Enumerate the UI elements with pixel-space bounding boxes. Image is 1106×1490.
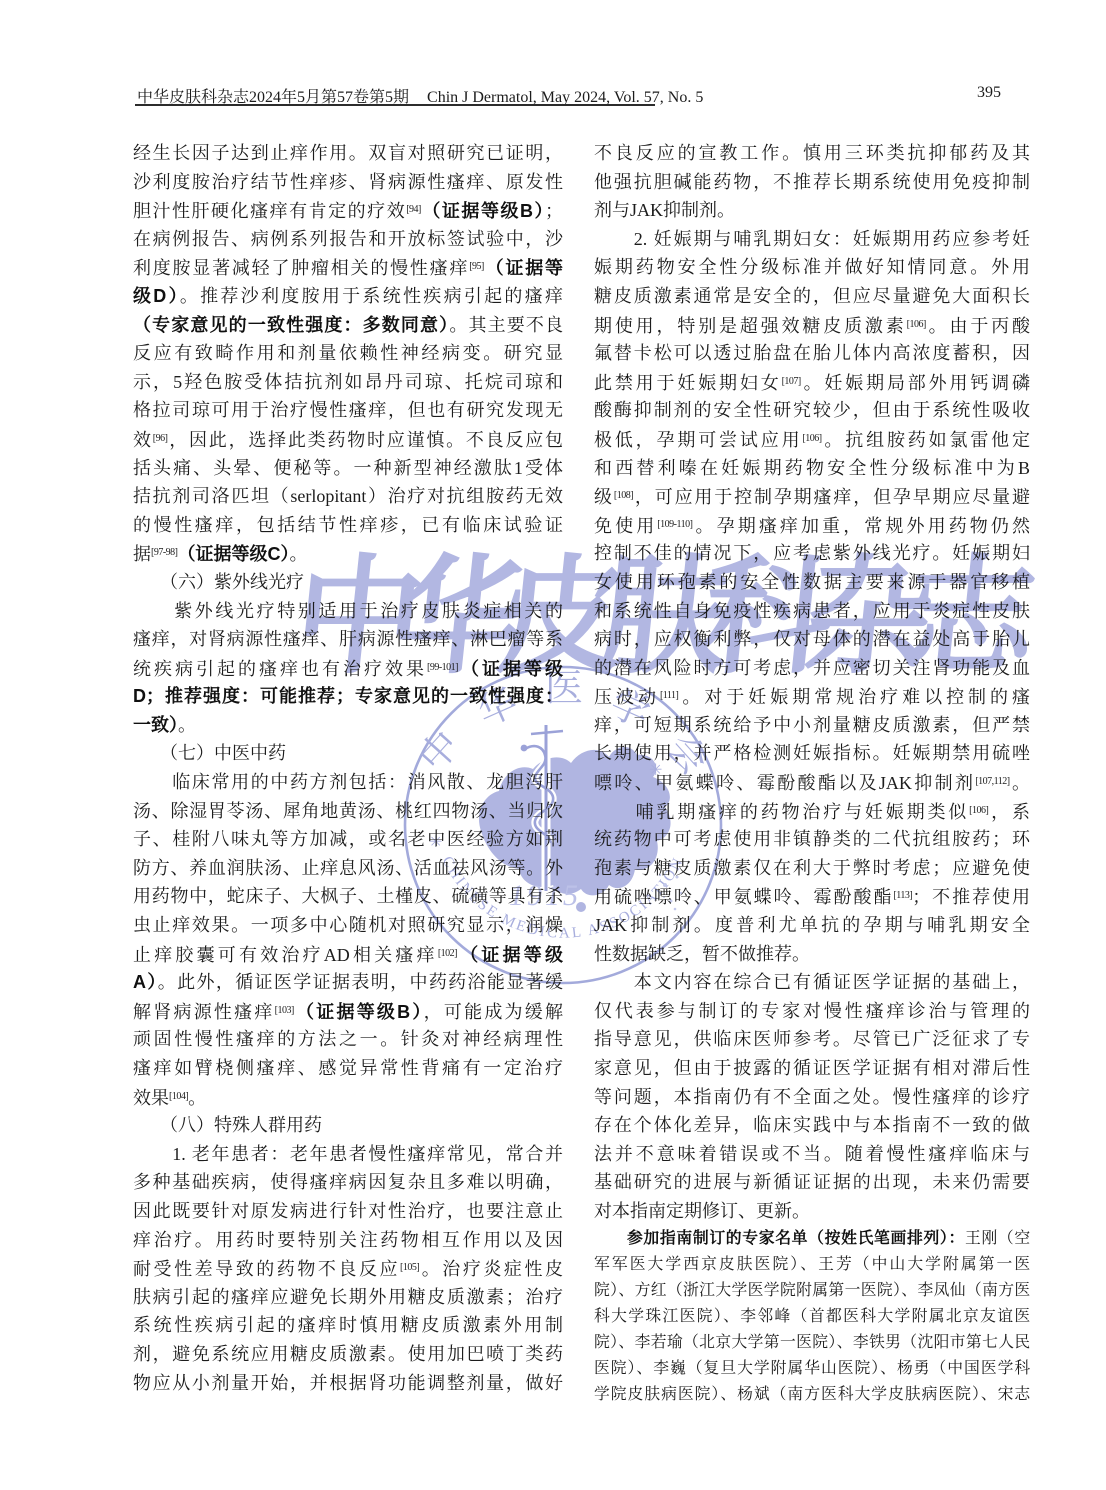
text-line: 耐受性差导致的药物不良反应[105]。治疗炎症性皮 xyxy=(133,1254,563,1283)
text-line: 拮抗剂司洛匹坦（serlopitant）治疗对抗组胺药无效 xyxy=(133,482,563,511)
text-line: 此禁用于妊娠期妇女[107]。妊娠期局部外用钙调磷 xyxy=(594,368,1030,397)
text-line: 瘙痒，对肾病源性瘙痒、肝病源性瘙痒、淋巴瘤等系 xyxy=(133,625,563,654)
text-line: 痒治疗。用药时要特别关注药物相互作用以及因 xyxy=(133,1226,563,1255)
text-line: 军军医大学西京皮肤医院）、王芳（中山大学附属第一医 xyxy=(594,1252,1030,1278)
text-line: 性数据缺乏，暂不做推荐。 xyxy=(594,940,1030,969)
text-line: 2. 妊娠期与哺乳期妇女：妊娠期用药应参考妊 xyxy=(594,225,1030,254)
text-line: 级[108]，可应用于控制孕期瘙痒，但孕早期应尽量避 xyxy=(594,482,1030,511)
text-line: 统疾病引起的瘙痒也有治疗效果[99-101]（证据等级 xyxy=(133,654,563,683)
text-line: 压波动[111]。对于妊娠期常规治疗难以控制的瘙 xyxy=(594,682,1030,711)
text-line: 格拉司琼可用于治疗慢性瘙痒，但也有研究发现无 xyxy=(133,396,563,425)
text-line: 用硫唑嘌呤、甲氨蝶呤、霉酚酸酯[113]；不推荐使用 xyxy=(594,882,1030,911)
text-line: 经生长因子达到止痒作用。双盲对照研究已证明， xyxy=(133,139,563,168)
text-line: 紫外线光疗特别适用于治疗皮肤炎症相关的 xyxy=(133,597,563,626)
text-line: 因此既要针对原发病进行针对性治疗，也要注意止 xyxy=(133,1197,563,1226)
text-line: 院）、方红（浙江大学医学院附属第一医院）、李凤仙（南方医 xyxy=(594,1278,1030,1304)
page-number: 395 xyxy=(977,84,1001,102)
text-line: 指导意见，供临床医师参考。尽管已广泛征求了专 xyxy=(594,1025,1030,1054)
text-line: 统药物中可考虑使用非镇静类的二代抗组胺药；环 xyxy=(594,825,1030,854)
text-line: 免使用[109-110]。孕期瘙痒加重，常规外用药物仍然 xyxy=(594,511,1030,540)
text-line: 据[97-98]（证据等级C）。 xyxy=(133,539,563,568)
text-line: 科大学珠江医院）、李邻峰（首都医科大学附属北京友谊医 xyxy=(594,1304,1030,1330)
text-line: 防方、养血润肤汤、止痒息风汤、活血祛风汤等。外 xyxy=(133,854,563,883)
text-line: （专家意见的一致性强度：多数同意）。其主要不良 xyxy=(133,311,563,340)
text-line: 家意见，但由于披露的循证医学证据有相对滞后性 xyxy=(594,1054,1030,1083)
text-line: 参加指南制订的专家名单（按姓氏笔画排列）：王刚（空 xyxy=(594,1226,1030,1252)
header-rule xyxy=(135,104,655,106)
text-line: 女使用环孢素的安全性数据主要来源于器官移植 xyxy=(594,568,1030,597)
experts-list: 参加指南制订的专家名单（按姓氏笔画排列）：王刚（空军军医大学西京皮肤医院）、王芳… xyxy=(594,1226,1030,1408)
text-line: 的潜在风险时方可考虑，并应密切关注肾功能及血 xyxy=(594,654,1030,683)
text-line: 效[96]，因此，选择此类药物时应谨慎。不良反应包 xyxy=(133,425,563,454)
text-line: 物应从小剂量开始，并根据肾功能调整剂量，做好 xyxy=(133,1369,563,1398)
journal-page: 中华皮肤科杂志 中 华 医 学 会 ✳ ✳ xyxy=(0,0,1106,1490)
text-line: 级D）。推荐沙利度胺用于系统性疾病引起的瘙痒 xyxy=(133,282,563,311)
text-line: 瘙痒如臂桡侧瘙痒、感觉异常性背痛有一定治疗 xyxy=(133,1054,563,1083)
text-line: 剂与JAK抑制剂。 xyxy=(594,196,1030,225)
text-line: 顽固性慢性瘙痒的方法之一。针灸对神经病理性 xyxy=(133,1025,563,1054)
text-line: （八）特殊人群用药 xyxy=(133,1111,563,1140)
text-line: 基础研究的进展与新循证证据的出现，未来仍需要 xyxy=(594,1168,1030,1197)
text-line: 多种基础疾病，使得瘙痒病因复杂且多难以明确， xyxy=(133,1168,563,1197)
text-line: 病时，应权衡利弊，仅对母体的潜在益处高于胎儿 xyxy=(594,625,1030,654)
text-line: D；推荐强度：可能推荐；专家意见的一致性强度： xyxy=(133,682,563,711)
text-line: 括头痛、头晕、便秘等。一种新型神经激肽1受体 xyxy=(133,454,563,483)
text-line: 医院）、李巍（复旦大学附属华山医院）、杨勇（中国医学科 xyxy=(594,1356,1030,1382)
text-line: 对本指南定期修订、更新。 xyxy=(594,1197,1030,1226)
right-column: 不良反应的宣教工作。慎用三环类抗抑郁药及其他强抗胆碱能药物，不推荐长期系统使用免… xyxy=(594,139,1030,1408)
text-line: 等问题，本指南仍有不全面之处。慢性瘙痒的诊疗 xyxy=(594,1083,1030,1112)
left-column: 经生长因子达到止痒作用。双盲对照研究已证明，沙利度胺治疗结节性痒疹、肾病源性瘙痒… xyxy=(133,139,563,1397)
text-line: 孢素与糖皮质激素仅在利大于弊时考虑；应避免使 xyxy=(594,854,1030,883)
text-line: 肤病引起的瘙痒应避免长期外用糖皮质激素；治疗 xyxy=(133,1283,563,1312)
right-column-body: 不良反应的宣教工作。慎用三环类抗抑郁药及其他强抗胆碱能药物，不推荐长期系统使用免… xyxy=(594,139,1030,1226)
text-line: 不良反应的宣教工作。慎用三环类抗抑郁药及其 xyxy=(594,139,1030,168)
text-line: 1. 老年患者：老年患者慢性瘙痒常见，常合并 xyxy=(133,1140,563,1169)
text-line: 利度胺显著减轻了肿瘤相关的慢性瘙痒[95]（证据等 xyxy=(133,253,563,282)
text-line: 长期使用，并严格检测妊娠指标。妊娠期禁用硫唑 xyxy=(594,739,1030,768)
text-line: 氟替卡松可以透过胎盘在胎儿体内高浓度蓄积，因 xyxy=(594,339,1030,368)
text-line: 他强抗胆碱能药物，不推荐长期系统使用免疫抑制 xyxy=(594,168,1030,197)
text-line: 控制不佳的情况下，应考虑紫外线光疗。妊娠期妇 xyxy=(594,539,1030,568)
text-line: 糖皮质激素通常是安全的，但应尽量避免大面积长 xyxy=(594,282,1030,311)
text-line: 院）、李若瑜（北京大学第一医院）、李铁男（沈阳市第七人民 xyxy=(594,1330,1030,1356)
text-line: 嘌呤、甲氨蝶呤、霉酚酸酯以及JAK抑制剂[107,112]。 xyxy=(594,768,1030,797)
text-line: 止痒胶囊可有效治疗AD相关瘙痒[102]（证据等级 xyxy=(133,940,563,969)
text-line: 和西替利嗪在妊娠期药物安全性分级标准中为B xyxy=(594,454,1030,483)
text-line: 酸酶抑制剂的安全性研究较少，但由于系统性吸收 xyxy=(594,396,1030,425)
text-line: 汤、除湿胃苓汤、犀角地黄汤、桃红四物汤、当归饮 xyxy=(133,797,563,826)
text-line: 沙利度胺治疗结节性痒疹、肾病源性瘙痒、原发性 xyxy=(133,168,563,197)
text-line: 存在个体化差异，临床实践中与本指南不一致的做 xyxy=(594,1111,1030,1140)
text-line: （七）中医中药 xyxy=(133,739,563,768)
text-line: A）。此外，循证医学证据表明，中药药浴能显著缓 xyxy=(133,968,563,997)
text-line: 仅代表参与制订的专家对慢性瘙痒诊治与管理的 xyxy=(594,997,1030,1026)
text-line: 用药物中，蛇床子、大枫子、土槿皮、硫磺等具有杀 xyxy=(133,882,563,911)
text-line: 一致）。 xyxy=(133,711,563,740)
text-line: 示，5羟色胺受体拮抗剂如昂丹司琼、托烷司琼和 xyxy=(133,368,563,397)
text-line: 系统性疾病引起的瘙痒时慎用糖皮质激素外用制 xyxy=(133,1311,563,1340)
text-line: 哺乳期瘙痒的药物治疗与妊娠期类似[106]，系 xyxy=(594,797,1030,826)
text-line: 极低，孕期可尝试应用[106]。抗组胺药如氯雷他定 xyxy=(594,425,1030,454)
text-line: 反应有致畸作用和剂量依赖性神经病变。研究显 xyxy=(133,339,563,368)
text-line: 学院皮肤病医院）、杨斌（南方医科大学皮肤病医院）、宋志 xyxy=(594,1382,1030,1408)
text-line: 和系统性自身免疫性疾病患者，应用于炎症性皮肤 xyxy=(594,597,1030,626)
text-line: 子、桂附八味丸等方加减，或名老中医经验方如荆 xyxy=(133,825,563,854)
text-line: 胆汁性肝硬化瘙痒有肯定的疗效[94]（证据等级B）； xyxy=(133,196,563,225)
text-line: 期使用，特别是超强效糖皮质激素[106]。由于丙酸 xyxy=(594,311,1030,340)
text-line: 解肾病源性瘙痒[103]（证据等级B），可能成为缓解 xyxy=(133,997,563,1026)
text-line: 本文内容在综合已有循证医学证据的基础上， xyxy=(594,968,1030,997)
text-line: 在病例报告、病例系列报告和开放标签试验中，沙 xyxy=(133,225,563,254)
text-line: 剂，避免系统应用糖皮质激素。使用加巴喷丁类药 xyxy=(133,1340,563,1369)
text-line: 虫止痒效果。一项多中心随机对照研究显示，润燥 xyxy=(133,911,563,940)
text-line: 法并不意味着错误或不当。随着慢性瘙痒临床与 xyxy=(594,1140,1030,1169)
text-line: 临床常用的中药方剂包括：消风散、龙胆泻肝 xyxy=(133,768,563,797)
text-line: 痒，可短期系统给予中小剂量糖皮质激素，但严禁 xyxy=(594,711,1030,740)
text-line: 的慢性瘙痒，包括结节性痒疹，已有临床试验证 xyxy=(133,511,563,540)
text-line: （六）紫外线光疗 xyxy=(133,568,563,597)
text-line: JAK抑制剂。度普利尤单抗的孕期与哺乳期安全 xyxy=(594,911,1030,940)
text-line: 效果[104]。 xyxy=(133,1083,563,1112)
text-line: 娠期药物安全性分级标准并做好知情同意。外用 xyxy=(594,253,1030,282)
